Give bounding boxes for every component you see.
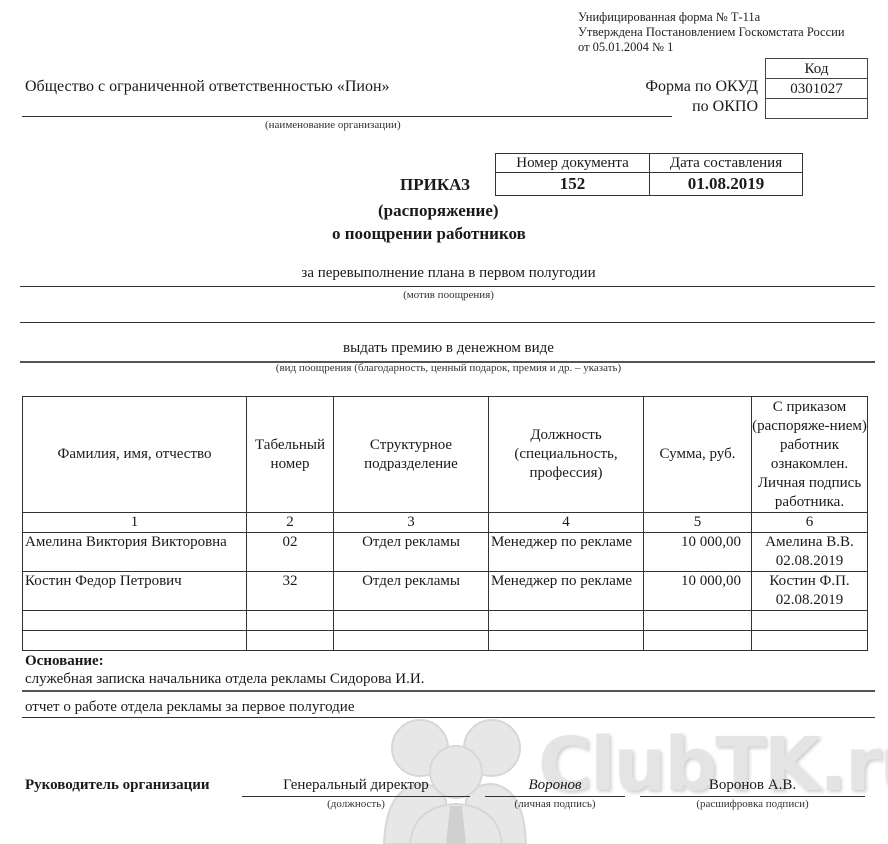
- signature-caption: (личная подпись): [485, 798, 625, 810]
- organization-caption: (наименование организации): [265, 119, 401, 131]
- code-header: Код: [766, 59, 868, 79]
- employee-name: Костин Федор Петрович: [23, 572, 247, 611]
- header-position: Должность (специальность, профессия): [489, 397, 644, 513]
- form-reference: Унифицированная форма № Т-11а Утверждена…: [578, 10, 845, 55]
- motive-underline: [20, 286, 875, 287]
- table-row-empty: [23, 611, 868, 631]
- table-row: Амелина Виктория Викторовна 02 Отдел рек…: [23, 533, 868, 572]
- decoding-caption: (расшифровка подписи): [640, 798, 865, 810]
- column-number: 1: [23, 513, 247, 533]
- okpo-label: по ОКПО: [692, 98, 758, 116]
- document-topic: о поощрении работников: [332, 224, 526, 244]
- document-number-date-table: Номер документа Дата составления 152 01.…: [495, 153, 803, 196]
- employee-position: Менеджер по рекламе: [489, 533, 644, 572]
- head-position: Генеральный директор: [242, 777, 470, 794]
- organization-name: Общество с ограниченной ответственностью…: [25, 78, 390, 96]
- document-date: 01.08.2019: [650, 173, 803, 196]
- organization-underline: [22, 116, 672, 117]
- signature-underline: [485, 796, 625, 797]
- document-number: 152: [496, 173, 650, 196]
- column-number: 3: [334, 513, 489, 533]
- table-header-row: Фамилия, имя, отчество Табельный номер С…: [23, 397, 868, 513]
- employee-signature: Костин Ф.П. 02.08.2019: [752, 572, 868, 611]
- head-of-organization-label: Руководитель организации: [25, 777, 210, 794]
- employee-department: Отдел рекламы: [334, 533, 489, 572]
- employee-tab-number: 32: [247, 572, 334, 611]
- column-number: 5: [644, 513, 752, 533]
- basis-line-1: служебная записка начальника отдела рекл…: [25, 671, 424, 688]
- decoding-underline: [640, 796, 865, 797]
- document-subtitle: (распоряжение): [378, 201, 499, 221]
- header-tab-number: Табельный номер: [247, 397, 334, 513]
- position-underline: [242, 796, 470, 797]
- column-numbers-row: 1 2 3 4 5 6: [23, 513, 868, 533]
- table-row-empty: [23, 631, 868, 651]
- basis-line-2: отчет о работе отдела рекламы за первое …: [25, 699, 355, 716]
- column-number: 6: [752, 513, 868, 533]
- column-number: 2: [247, 513, 334, 533]
- form-reference-line2: Утверждена Постановлением Госкомстата Ро…: [578, 25, 845, 40]
- header-amount: Сумма, руб.: [644, 397, 752, 513]
- okud-label: Форма по ОКУД: [645, 78, 758, 96]
- employees-table: Фамилия, имя, отчество Табельный номер С…: [22, 396, 868, 651]
- okpo-value: [766, 99, 868, 119]
- employee-position: Менеджер по рекламе: [489, 572, 644, 611]
- motive-text: за перевыполнение плана в первом полугод…: [22, 265, 875, 282]
- employee-department: Отдел рекламы: [334, 572, 489, 611]
- document-number-label: Номер документа: [496, 154, 650, 173]
- okud-value: 0301027: [766, 79, 868, 99]
- employee-name: Амелина Виктория Викторовна: [23, 533, 247, 572]
- head-signature-decoding: Воронов А.В.: [640, 777, 865, 794]
- code-table: Код 0301027: [765, 58, 868, 119]
- reward-kind-text: выдать премию в денежном виде: [22, 340, 875, 357]
- column-number: 4: [489, 513, 644, 533]
- reward-kind-caption: (вид поощрения (благодарность, ценный по…: [22, 362, 875, 374]
- basis-underline-1: [22, 690, 875, 692]
- head-signature: Воронов: [485, 777, 625, 794]
- table-row: Костин Федор Петрович 32 Отдел рекламы М…: [23, 572, 868, 611]
- employee-tab-number: 02: [247, 533, 334, 572]
- form-reference-line1: Унифицированная форма № Т-11а: [578, 10, 845, 25]
- employee-amount: 10 000,00: [644, 572, 752, 611]
- motive-caption: (мотив поощрения): [22, 289, 875, 301]
- position-caption: (должность): [242, 798, 470, 810]
- employee-signature: Амелина В.В. 02.08.2019: [752, 533, 868, 572]
- header-department: Структурное подразделение: [334, 397, 489, 513]
- document-title: ПРИКАЗ: [400, 175, 470, 195]
- header-acknowledgement: С приказом (распоряже-нием) работник озн…: [752, 397, 868, 513]
- blank-underline: [20, 322, 875, 323]
- basis-label: Основание:: [25, 653, 104, 670]
- basis-underline-2: [22, 717, 875, 718]
- document-date-label: Дата составления: [650, 154, 803, 173]
- form-reference-line3: от 05.01.2004 № 1: [578, 40, 845, 55]
- employee-amount: 10 000,00: [644, 533, 752, 572]
- header-full-name: Фамилия, имя, отчество: [23, 397, 247, 513]
